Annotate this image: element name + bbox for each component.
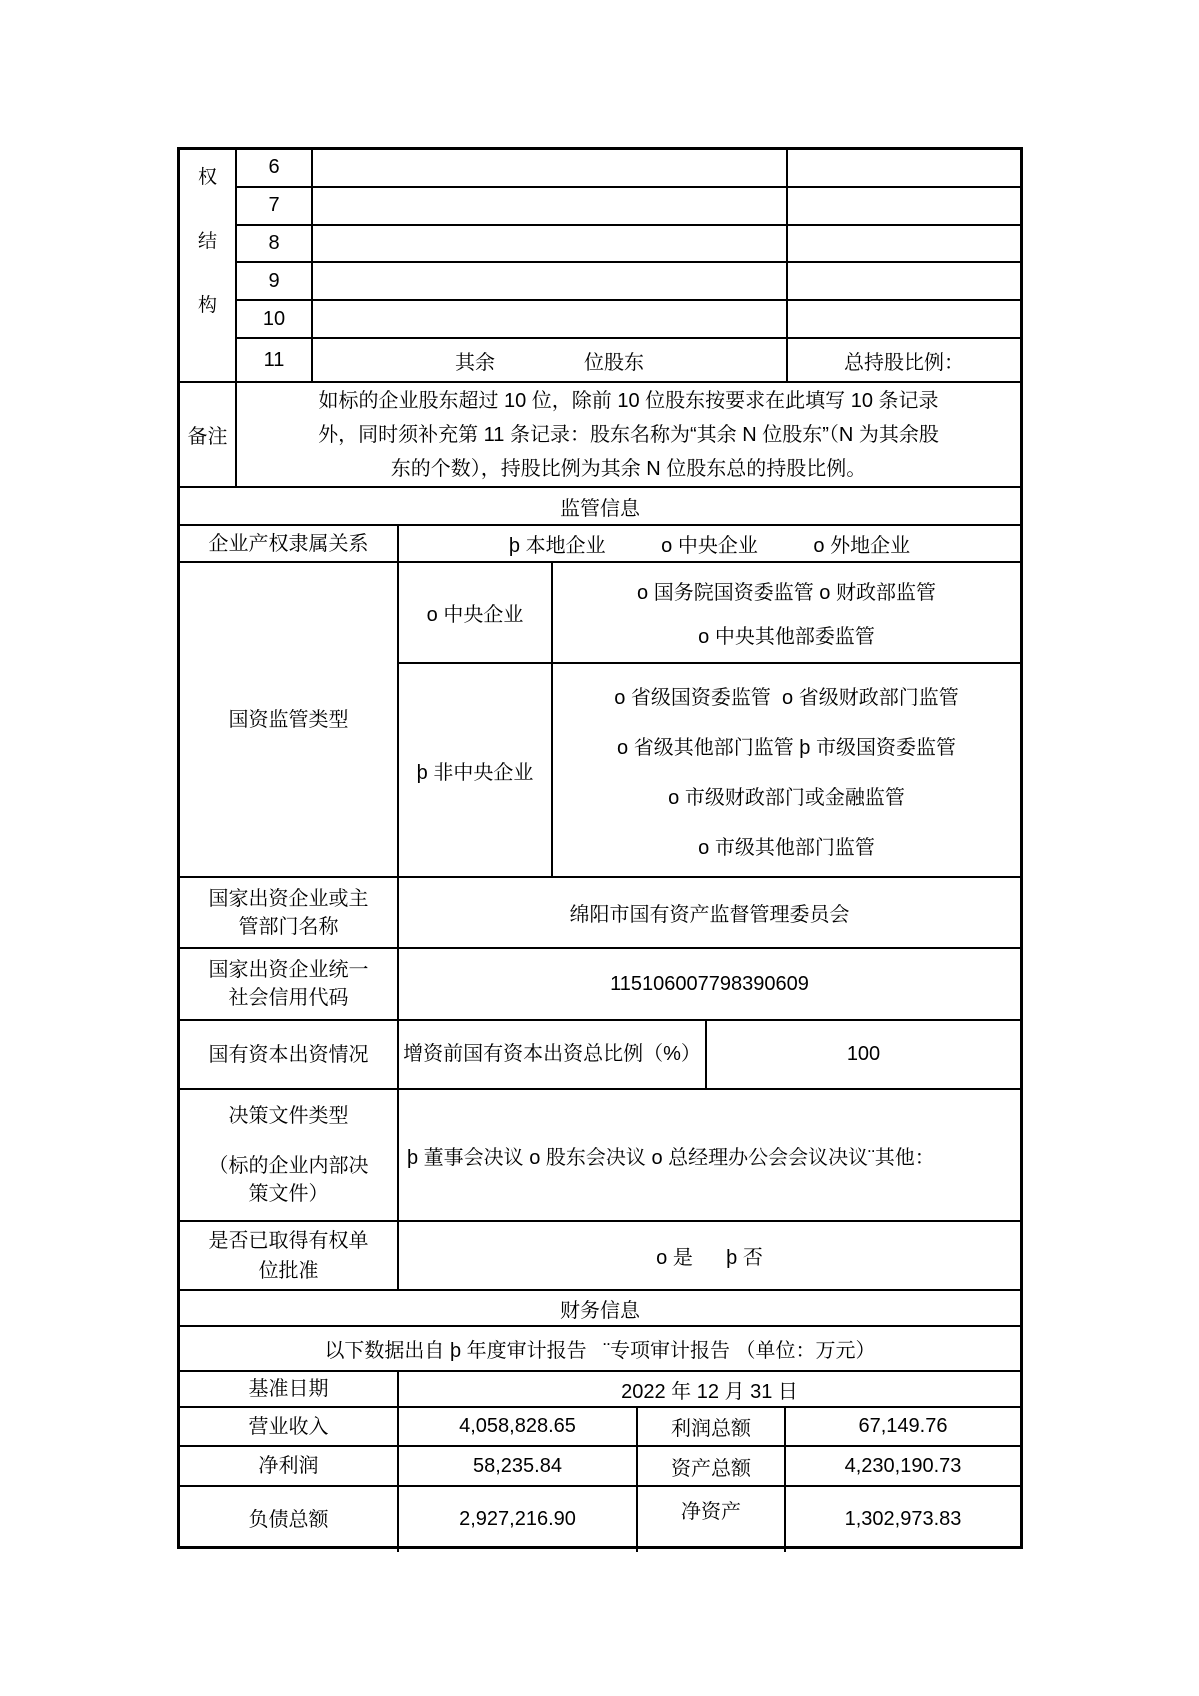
- regulation-type-label: 国资监管类型: [180, 563, 397, 876]
- noncentral-option-line-2[interactable]: o 省级其他部门监管 þ 市级国资委监管: [617, 731, 956, 760]
- net-assets-label: 净资产: [636, 1487, 784, 1552]
- row-number: 6: [237, 150, 311, 186]
- row-number: 8: [237, 226, 311, 262]
- remark-line-2: 外，同时须补充第 11 条记录：股东名称为“其余 N 位股东”（N 为其余股: [318, 418, 939, 452]
- shareholder-row-9: 9: [237, 261, 1020, 299]
- total-liabilities-label: 负债总额: [180, 1487, 397, 1552]
- shareholder-ratio-cell[interactable]: [786, 263, 1020, 299]
- noncentral-option-line-3[interactable]: o 市级财政部门或金融监管: [668, 781, 905, 810]
- approval-row: 是否已取得有权单位批准 o 是 þ 否: [180, 1220, 1020, 1289]
- noncentral-option-line-4[interactable]: o 市级其他部门监管: [698, 831, 875, 860]
- shareholder-row-6: 6: [237, 150, 1020, 186]
- noncentral-option-line-1[interactable]: o 省级国资委监管 o 省级财政部门监管: [614, 681, 958, 710]
- credit-code-row: 国家出资企业统一社会信用代码 115106007798390609: [180, 947, 1020, 1019]
- side-char-3: 构: [198, 290, 217, 317]
- remaining-shareholders-text: 其余 位股东: [311, 339, 786, 381]
- central-options: o 国务院国资委监管 o 财政部监管 o 中央其他部委监管: [551, 563, 1020, 662]
- net-profit-value: 58,235.84: [397, 1447, 636, 1485]
- total-profit-value: 67,149.76: [784, 1408, 1020, 1445]
- base-date-row: 基准日期 2022 年 12 月 31 日: [180, 1370, 1020, 1406]
- central-option-line-2[interactable]: o 中央其他部委监管: [698, 620, 875, 649]
- central-enterprise-checkbox[interactable]: o 中央企业: [399, 563, 551, 662]
- document-page: 权 结 构 6 7 8: [0, 0, 1199, 1696]
- finance-section-header: 财务信息: [180, 1289, 1020, 1325]
- base-date-label: 基准日期: [180, 1372, 397, 1406]
- decision-doc-row: 决策文件类型 （标的企业内部决策文件） þ 董事会决议 o 股东会决议 o 总经…: [180, 1088, 1020, 1220]
- approval-options[interactable]: o 是 þ 否: [397, 1222, 1020, 1289]
- equity-side-label: 权 结 构: [180, 150, 235, 381]
- capital-ratio-value: 100: [705, 1021, 1020, 1088]
- shareholder-ratio-cell[interactable]: [786, 150, 1020, 186]
- shareholder-name-cell[interactable]: [311, 150, 786, 186]
- total-profit-label: 利润总额: [636, 1408, 784, 1445]
- row-number: 10: [237, 301, 311, 337]
- side-char-2: 结: [198, 226, 217, 253]
- funder-name-row: 国家出资企业或主管部门名称 绵阳市国有资产监督管理委员会: [180, 876, 1020, 947]
- ownership-label: 企业产权隶属关系: [180, 526, 397, 561]
- shareholder-name-cell[interactable]: [311, 226, 786, 262]
- funder-name-value: 绵阳市国有资产监督管理委员会: [397, 878, 1020, 947]
- data-source-row: 以下数据出自 þ 年度审计报告 ¨专项审计报告 （单位：万元）: [180, 1325, 1020, 1370]
- shareholder-rows: 6 7 8 9: [235, 150, 1020, 381]
- credit-code-value: 115106007798390609: [397, 949, 1020, 1019]
- central-enterprise-subrow: o 中央企业 o 国务院国资委监管 o 财政部监管 o 中央其他部委监管: [399, 563, 1020, 662]
- data-source-text[interactable]: 以下数据出自 þ 年度审计报告 ¨专项审计报告 （单位：万元）: [180, 1327, 1020, 1370]
- remark-label: 备注: [180, 383, 235, 486]
- shareholder-name-cell[interactable]: [311, 301, 786, 337]
- shareholder-ratio-cell[interactable]: [786, 226, 1020, 262]
- shareholder-name-cell[interactable]: [311, 188, 786, 224]
- regulation-type-row: 国资监管类型 o 中央企业 o 国务院国资委监管 o 财政部监管 o 中央其他部…: [180, 561, 1020, 876]
- total-ratio-label: 总持股比例：: [786, 339, 1020, 381]
- state-capital-row: 国有资本出资情况 增资前国有资本出资总比例（%） 100: [180, 1019, 1020, 1088]
- shareholder-row-8: 8: [237, 224, 1020, 262]
- decision-doc-label-line2: （标的企业内部决策文件）: [204, 1152, 373, 1208]
- base-date-value: 2022 年 12 月 31 日: [397, 1372, 1020, 1406]
- finance-row-revenue: 营业收入 4,058,828.65 利润总额 67,149.76: [180, 1406, 1020, 1445]
- capital-ratio-sublabel: 增资前国有资本出资总比例（%）: [397, 1021, 705, 1088]
- supervision-title: 监管信息: [180, 488, 1020, 524]
- supervision-section-header: 监管信息: [180, 486, 1020, 524]
- state-capital-label: 国有资本出资情况: [180, 1021, 397, 1088]
- finance-title: 财务信息: [180, 1291, 1020, 1325]
- total-liabilities-value: 2,927,216.90: [397, 1487, 636, 1552]
- shareholder-name-cell[interactable]: [311, 263, 786, 299]
- approval-label: 是否已取得有权单位批准: [180, 1222, 397, 1289]
- noncentral-options: o 省级国资委监管 o 省级财政部门监管 o 省级其他部门监管 þ 市级国资委监…: [551, 664, 1020, 876]
- noncentral-enterprise-checkbox[interactable]: þ 非中央企业: [399, 664, 551, 876]
- ownership-row: 企业产权隶属关系 þ 本地企业 o 中央企业 o 外地企业: [180, 524, 1020, 561]
- credit-code-label: 国家出资企业统一社会信用代码: [180, 949, 397, 1019]
- equity-structure-block: 权 结 构 6 7 8: [180, 150, 1020, 381]
- shareholder-ratio-cell[interactable]: [786, 188, 1020, 224]
- side-char-1: 权: [198, 162, 217, 189]
- form-table: 权 结 构 6 7 8: [177, 147, 1023, 1549]
- total-assets-value: 4,230,190.73: [784, 1447, 1020, 1485]
- remark-line-3: 东的个数），持股比例为其余 N 位股东总的持股比例。: [391, 452, 867, 486]
- row-number: 7: [237, 188, 311, 224]
- central-option-line-1[interactable]: o 国务院国资委监管 o 财政部监管: [637, 576, 936, 605]
- net-assets-value: 1,302,973.83: [784, 1487, 1020, 1552]
- row-number: 9: [237, 263, 311, 299]
- decision-doc-label-line1: 决策文件类型: [229, 1102, 349, 1130]
- remark-text: 如标的企业股东超过 10 位，除前 10 位股东按要求在此填写 10 条记录 外…: [235, 383, 1020, 486]
- decision-doc-label: 决策文件类型 （标的企业内部决策文件）: [180, 1090, 397, 1220]
- shareholder-row-7: 7: [237, 186, 1020, 224]
- finance-row-liabilities: 负债总额 2,927,216.90 净资产 1,302,973.83: [180, 1485, 1020, 1552]
- shareholder-ratio-cell[interactable]: [786, 301, 1020, 337]
- row-number: 11: [237, 339, 311, 381]
- remark-line-1: 如标的企业股东超过 10 位，除前 10 位股东按要求在此填写 10 条记录: [318, 384, 938, 418]
- finance-row-netprofit: 净利润 58,235.84 资产总额 4,230,190.73: [180, 1445, 1020, 1485]
- revenue-value: 4,058,828.65: [397, 1408, 636, 1445]
- remark-row: 备注 如标的企业股东超过 10 位，除前 10 位股东按要求在此填写 10 条记…: [180, 381, 1020, 486]
- net-profit-label: 净利润: [180, 1447, 397, 1485]
- total-assets-label: 资产总额: [636, 1447, 784, 1485]
- ownership-options[interactable]: þ 本地企业 o 中央企业 o 外地企业: [397, 526, 1020, 561]
- shareholder-row-10: 10: [237, 299, 1020, 337]
- noncentral-enterprise-subrow: þ 非中央企业 o 省级国资委监管 o 省级财政部门监管 o 省级其他部门监管 …: [399, 662, 1020, 876]
- regulation-type-options: o 中央企业 o 国务院国资委监管 o 财政部监管 o 中央其他部委监管 þ 非…: [397, 563, 1020, 876]
- decision-doc-options[interactable]: þ 董事会决议 o 股东会决议 o 总经理办公会会议决议¨其他：: [397, 1090, 1020, 1220]
- funder-name-label: 国家出资企业或主管部门名称: [180, 878, 397, 947]
- shareholder-row-11: 11 其余 位股东 总持股比例：: [237, 337, 1020, 381]
- revenue-label: 营业收入: [180, 1408, 397, 1445]
